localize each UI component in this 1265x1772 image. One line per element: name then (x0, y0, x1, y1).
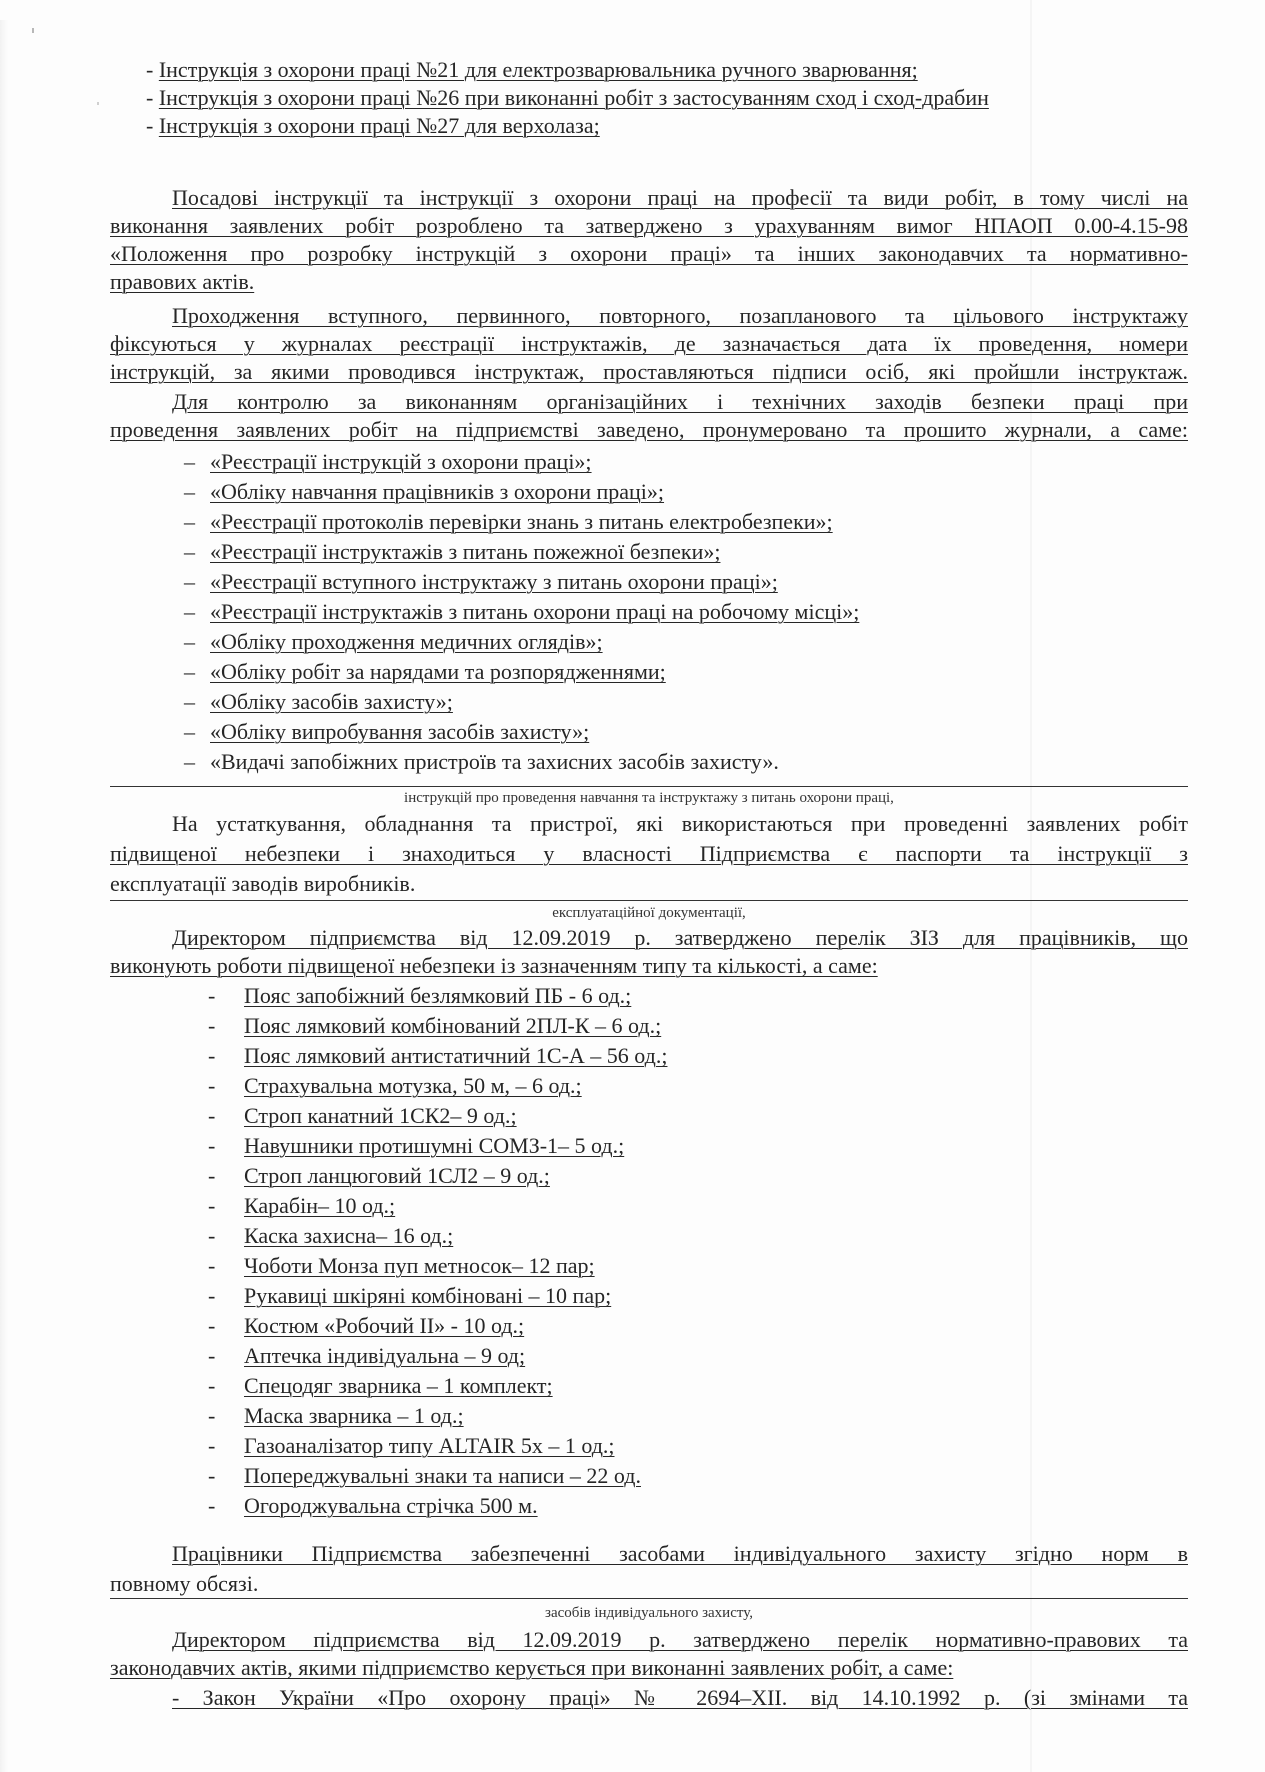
bullet-dash: - (208, 1222, 244, 1250)
paragraph-line: законодавчих актів, якими підприємство к… (110, 1654, 953, 1682)
journal-item: –«Реєстрації протоколів перевірки знань … (184, 508, 833, 536)
paragraph-line: підвищеної небезпеки і знаходиться у вла… (110, 840, 1188, 868)
ppe-item: -Навушники протишумні СОМЗ-1– 5 од.; (208, 1132, 624, 1160)
ppe-text: Костюм «Робочий ІІ» - 10 од.; (244, 1313, 524, 1338)
journal-item: –«Реєстрації інструкцій з охорони праці»… (184, 448, 592, 476)
bullet-dash: – (184, 688, 210, 716)
journal-item: –«Обліку проходження медичних оглядів»; (184, 628, 603, 656)
ppe-text: Чоботи Монза пуп метносок– 12 пар; (244, 1253, 595, 1278)
ppe-item: -Пояс лямковий комбінований 2ПЛ-К – 6 од… (208, 1012, 661, 1040)
paragraph-line: Проходження вступного, первинного, повто… (172, 302, 1188, 330)
ppe-text: Огороджувальна стрічка 500 м. (244, 1493, 538, 1518)
paragraph-line: виконання заявлених робіт розроблено та … (110, 212, 1188, 240)
instruction-item: - Інструкція з охорони праці №26 при вик… (146, 84, 989, 112)
ppe-item: -Каска захисна– 16 од.; (208, 1222, 453, 1250)
journal-item: –«Обліку випробування засобів захисту»; (184, 718, 589, 746)
journal-text: «Обліку випробування засобів захисту»; (210, 719, 589, 744)
ppe-item: -Пояс запобіжний безлямковий ПБ - 6 од.; (208, 982, 631, 1010)
ppe-text: Страхувальна мотузка, 50 м, – 6 од.; (244, 1073, 582, 1098)
bullet-dash: - (208, 1492, 244, 1520)
bullet-dash: - (146, 112, 153, 140)
caption-under-rule: інструкцій про проведення навчання та ін… (110, 789, 1188, 807)
instruction-item: - Інструкція з охорони праці №21 для еле… (146, 56, 918, 84)
journal-item: –«Обліку засобів захисту»; (184, 688, 453, 716)
bullet-dash: - (208, 1372, 244, 1400)
journal-item: –«Обліку робіт за нарядами та розпорядже… (184, 658, 666, 686)
scanned-document-page: - Інструкція з охорони праці №21 для еле… (0, 0, 1265, 1772)
journal-item: –«Реєстрації вступного інструктажу з пит… (184, 568, 778, 596)
bullet-dash: - (208, 1162, 244, 1190)
ppe-text: Строп ланцюговий 1СЛ2 – 9 од.; (244, 1163, 550, 1188)
ppe-item: -Огороджувальна стрічка 500 м. (208, 1492, 538, 1520)
journal-text: «Видачі запобіжних пристроїв та захисних… (210, 749, 779, 774)
bullet-dash: – (184, 508, 210, 536)
paragraph-line: правових актів. (110, 268, 254, 296)
ppe-item: -Карабін– 10 од.; (208, 1192, 395, 1220)
instruction-text: Інструкція з охорони праці №21 для елект… (159, 57, 918, 82)
ppe-item: -Чоботи Монза пуп метносок– 12 пар; (208, 1252, 595, 1280)
separator-rule (110, 900, 1188, 901)
paragraph-line: Директором підприємства від 12.09.2019 р… (172, 1626, 1188, 1654)
bullet-dash: - (208, 1042, 244, 1070)
bullet-dash: – (184, 658, 210, 686)
bullet-dash: - (208, 1192, 244, 1220)
journal-item: –«Видачі запобіжних пристроїв та захисни… (184, 748, 779, 776)
ppe-text: Маска зварника – 1 од.; (244, 1403, 464, 1428)
instruction-text: Інструкція з охорони праці №26 при викон… (159, 85, 989, 110)
bullet-dash: - (146, 56, 153, 84)
bullet-dash: - (208, 1102, 244, 1130)
ppe-text: Каска захисна– 16 од.; (244, 1223, 453, 1248)
caption-under-rule: експлуатаційної документації, (110, 904, 1188, 922)
journal-item: –«Реєстрації інструктажів з питань охоро… (184, 598, 859, 626)
separator-rule (110, 786, 1188, 787)
journal-text: «Обліку навчання працівників з охорони п… (210, 479, 664, 504)
journal-text: «Реєстрації інструктажів з питань охорон… (210, 599, 859, 624)
ppe-text: Пояс лямковий антистатичний 1С-А – 56 од… (244, 1043, 667, 1068)
journal-text: «Обліку проходження медичних оглядів»; (210, 629, 603, 654)
paragraph-line: Посадові інструкції та інструкції з охор… (172, 184, 1188, 212)
journal-text: «Обліку робіт за нарядами та розпоряджен… (210, 659, 666, 684)
bullet-dash: - (208, 1342, 244, 1370)
bullet-dash: - (208, 1252, 244, 1280)
separator-rule (110, 1598, 1188, 1599)
journal-item: –«Обліку навчання працівників з охорони … (184, 478, 664, 506)
bullet-dash: – (184, 748, 210, 776)
paragraph-line: виконують роботи підвищеної небезпеки із… (110, 952, 878, 980)
bullet-dash: - (146, 84, 153, 112)
bullet-dash: – (184, 568, 210, 596)
bullet-dash: - (208, 1402, 244, 1430)
bullet-dash: - (208, 1072, 244, 1100)
law-item: - Закон України «Про охорону праці» № 26… (172, 1684, 1188, 1712)
instruction-item: - Інструкція з охорони праці №27 для вер… (146, 112, 600, 140)
paragraph-line: фіксуються у журналах реєстрації інструк… (110, 330, 1188, 358)
scan-speck (32, 28, 34, 33)
ppe-text: Строп канатний 1СК2– 9 од.; (244, 1103, 517, 1128)
bullet-dash: - (208, 1462, 244, 1490)
bullet-dash: - (208, 982, 244, 1010)
scan-edge-shadow (0, 20, 8, 1772)
ppe-text: Рукавиці шкіряні комбіновані – 10 пар; (244, 1283, 611, 1308)
bullet-dash: - (208, 1312, 244, 1340)
paragraph-line: Працівники Підприємства забезпеченні зас… (172, 1540, 1188, 1568)
bullet-dash: – (184, 538, 210, 566)
ppe-item: -Костюм «Робочий ІІ» - 10 од.; (208, 1312, 524, 1340)
scan-speck (97, 102, 99, 105)
ppe-text: Карабін– 10 од.; (244, 1193, 395, 1218)
ppe-text: Пояс запобіжний безлямковий ПБ - 6 од.; (244, 983, 631, 1008)
ppe-text: Спецодяг зварника – 1 комплект; (244, 1373, 553, 1398)
ppe-item: -Маска зварника – 1 од.; (208, 1402, 464, 1430)
ppe-item: -Аптечка індивідуальна – 9 од; (208, 1342, 525, 1370)
bullet-dash: – (184, 718, 210, 746)
ppe-text: Навушники протишумні СОМЗ-1– 5 од.; (244, 1133, 624, 1158)
journal-text: «Реєстрації інструктажів з питань пожежн… (210, 539, 720, 564)
paragraph-line: Директором підприємства від 12.09.2019 р… (172, 924, 1188, 952)
journal-text: «Обліку засобів захисту»; (210, 689, 453, 714)
instruction-text: Інструкція з охорони праці №27 для верхо… (159, 113, 600, 138)
ppe-text: Газоаналізатор типу ALTAIR 5х – 1 од.; (244, 1433, 615, 1458)
bullet-dash: - (208, 1132, 244, 1160)
ppe-item: -Спецодяг зварника – 1 комплект; (208, 1372, 553, 1400)
ppe-item: -Рукавиці шкіряні комбіновані – 10 пар; (208, 1282, 611, 1310)
journal-text: «Реєстрації інструкцій з охорони праці»; (210, 449, 592, 474)
ppe-text: Попереджувальні знаки та написи – 22 од. (244, 1463, 641, 1488)
paragraph-line: експлуатації заводів виробників. (110, 870, 415, 898)
bullet-dash: - (208, 1282, 244, 1310)
paragraph-line: інструкцій, за якими проводився інструкт… (110, 358, 1188, 386)
paragraph-line: повному обсязі. (110, 1570, 258, 1598)
bullet-dash: – (184, 628, 210, 656)
bullet-dash: – (184, 448, 210, 476)
ppe-item: -Страхувальна мотузка, 50 м, – 6 од.; (208, 1072, 582, 1100)
paragraph-line: «Положення про розробку інструкцій з охо… (110, 240, 1188, 268)
ppe-item: -Газоаналізатор типу ALTAIR 5х – 1 од.; (208, 1432, 615, 1460)
journal-text: «Реєстрації протоколів перевірки знань з… (210, 509, 833, 534)
ppe-text: Пояс лямковий комбінований 2ПЛ-К – 6 од.… (244, 1013, 661, 1038)
journal-text: «Реєстрації вступного інструктажу з пита… (210, 569, 778, 594)
bullet-dash: – (184, 478, 210, 506)
ppe-item: -Строп ланцюговий 1СЛ2 – 9 од.; (208, 1162, 550, 1190)
bullet-dash: - (208, 1012, 244, 1040)
paragraph-line: На устаткування, обладнання та пристрої,… (172, 810, 1188, 838)
journal-item: –«Реєстрації інструктажів з питань пожеж… (184, 538, 720, 566)
ppe-item: -Строп канатний 1СК2– 9 од.; (208, 1102, 517, 1130)
paragraph-line: Для контролю за виконанням організаційни… (172, 388, 1188, 416)
bullet-dash: – (184, 598, 210, 626)
bullet-dash: - (208, 1432, 244, 1460)
paragraph-line: проведення заявлених робіт на підприємст… (110, 416, 1188, 444)
ppe-item: -Пояс лямковий антистатичний 1С-А – 56 о… (208, 1042, 667, 1070)
caption-under-rule: засобів індивідуального захисту, (110, 1604, 1188, 1622)
ppe-item: -Попереджувальні знаки та написи – 22 од… (208, 1462, 641, 1490)
ppe-text: Аптечка індивідуальна – 9 од; (244, 1343, 525, 1368)
